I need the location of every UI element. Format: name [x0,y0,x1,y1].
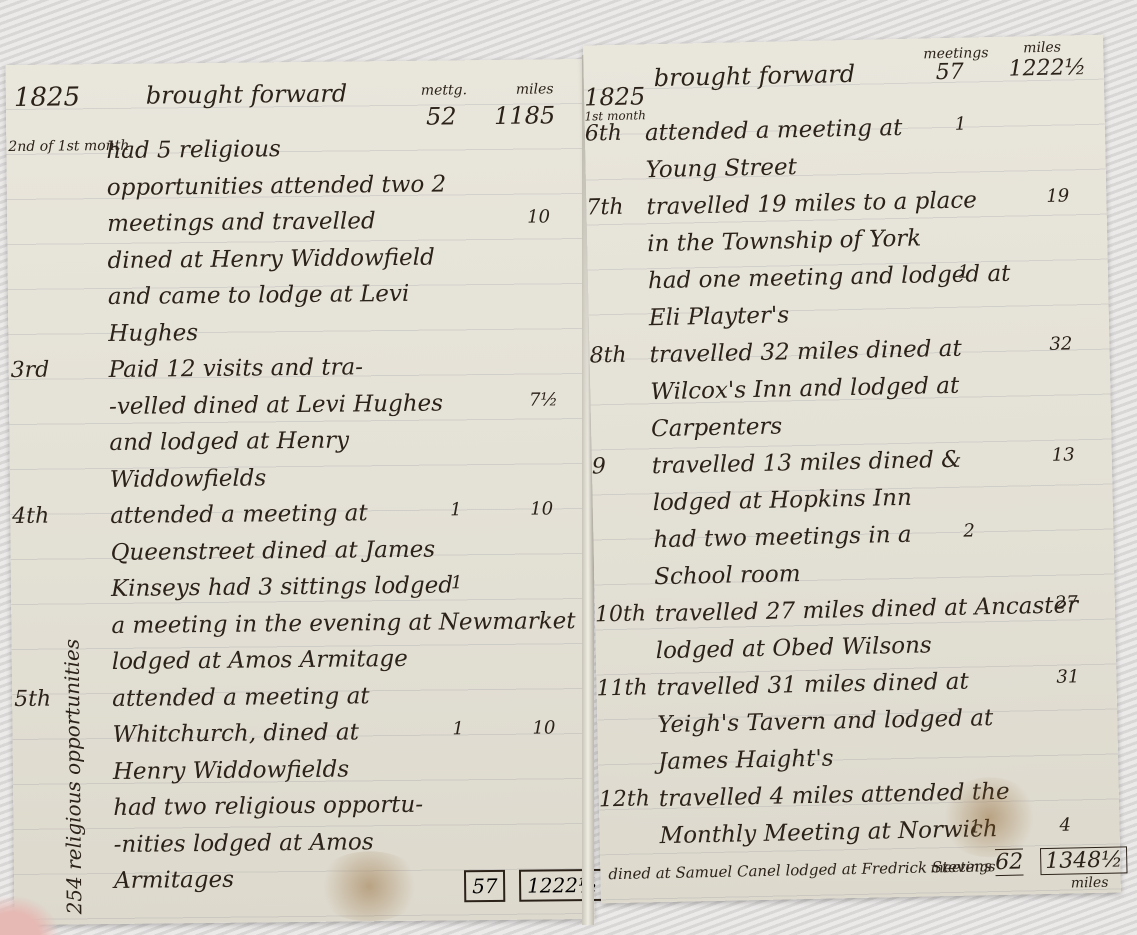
entry-text: and lodged at Henry [109,427,349,456]
entry-meetings: 2 [963,520,975,541]
entry-text: Hughes [108,320,198,347]
entry-text: travelled 19 miles to a place [646,187,977,220]
entry-text: Eli Playter's [649,302,790,331]
miles-column-label: miles [1023,40,1061,57]
entry-text: meetings and travelled [107,208,376,237]
brought-meetings: 57 [935,60,964,86]
total-miles-label: miles [1071,875,1109,892]
left-journal-page: 1825 brought forward mettg. miles 52 118… [6,59,595,925]
entry-miles: 13 [1052,444,1075,465]
entry-meetings: 1 [451,572,463,593]
entry-text: dined at Henry Widdowfield [107,244,434,273]
entry-day: 6th [585,121,623,147]
entry-text: -velled dined at Levi Hughes [109,390,443,419]
entry-miles: 19 [1046,185,1069,206]
entry-text: attended a meeting at [112,683,370,712]
entry-day: 4th [12,504,49,529]
entry-miles: 31 [1056,666,1079,687]
entry-miles: 10 [530,498,553,519]
journal-entry-row: Armitages [14,859,594,909]
brought-forward-label: brought forward [146,79,348,109]
entry-text: lodged at Hopkins Inn [652,485,912,516]
entry-text: Queenstreet dined at James [110,536,435,565]
entry-text: attended a meeting at [645,115,903,146]
entry-text: James Haight's [658,745,834,775]
entry-text: had one meeting and lodged at [648,261,1011,295]
entry-text: in the Township of York [647,226,922,258]
margin-note: 254 religious opportunities [60,639,87,915]
entry-text: a meeting in the evening at Newmarket [111,608,575,639]
entry-text: Paid 12 visits and tra- [109,354,364,383]
entry-text: travelled 13 miles dined & [652,447,962,479]
entry-meetings: 1 [958,262,970,283]
right-journal-page: 1825 brought forward meetings miles 57 1… [583,35,1121,904]
entry-meetings: 1 [450,499,462,520]
entry-day: 12th [599,786,651,812]
entry-text: Armitages [114,867,234,894]
entry-miles: 32 [1049,333,1072,354]
entry-text: Kinseys had 3 sittings lodged [111,572,453,602]
finger-edge [0,895,60,935]
entry-meetings: 1 [955,114,967,135]
entry-day: 5th [14,686,51,711]
entry-miles: 4 [1059,814,1071,835]
entry-text: Young Street [645,154,797,183]
entry-text: had two religious opportu- [113,792,423,821]
entry-text: School room [654,561,801,590]
total-meetings-box: 57 [464,870,506,902]
entry-text: Carpenters [651,413,783,442]
entry-text: Wilcox's Inn and lodged at [650,373,959,405]
total-meetings-label: meetings [930,859,995,876]
entry-miles: 10 [532,717,555,738]
entry-miles: 7½ [529,389,558,410]
year-label: 1825 [14,82,80,113]
entry-text: Henry Widdowfields [113,756,349,784]
entry-day: 11th [596,675,648,701]
entry-day: 9 [592,454,607,479]
entry-text: lodged at Amos Armitage [112,646,408,675]
entry-day: 10th [595,601,647,627]
entry-text: Whitchurch, dined at [112,719,359,748]
entry-text: had 5 religious [106,136,281,164]
total-miles: 1348½ [1040,846,1128,875]
entry-text: opportunities attended two 2 [107,171,447,201]
entry-meetings: 1 [452,718,464,739]
brought-meetings: 52 [426,102,457,130]
entry-day: 3rd [11,358,50,383]
entry-text: Widdowfields [110,465,267,493]
entry-text: and came to lodge at Levi [108,281,410,310]
entry-text: travelled 27 miles dined at Ancaster [655,592,1079,627]
entry-text: attended a meeting at [110,500,368,529]
entry-day: 8th [589,343,627,369]
entry-day: 7th [586,195,624,221]
entry-text: travelled 32 miles dined at [649,336,962,369]
entry-text: travelled 31 miles dined at [656,669,969,702]
brought-miles: 1222½ [1008,55,1086,82]
brought-forward-label: brought forward [653,60,855,92]
entry-text: -nities lodged at Amos [114,829,374,858]
entry-text: Yeigh's Tavern and lodged at [657,705,993,738]
meetings-column-label: mettg. [421,82,467,98]
entry-miles: 27 [1055,592,1078,613]
entry-miles: 10 [527,206,550,227]
entry-text: had two meetings in a [653,522,912,553]
entry-text: lodged at Obed Wilsons [655,632,931,664]
miles-column-label: miles [516,81,554,97]
brought-miles: 1185 [494,101,555,130]
year-label: 1825 [584,82,646,111]
